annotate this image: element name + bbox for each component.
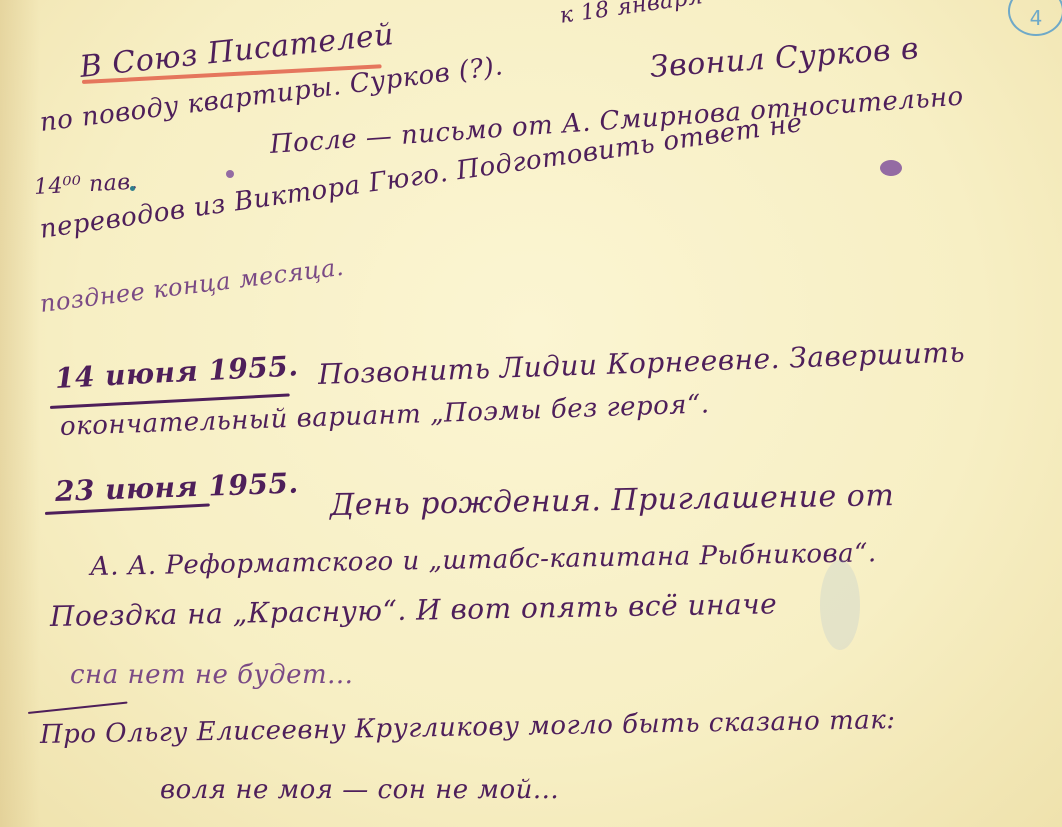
- note-quote-will-sleep: воля не моя — сон не мой...: [160, 775, 559, 805]
- ink-blot: [880, 160, 902, 176]
- ink-dot: [226, 170, 234, 178]
- paper-edge-shadow: [0, 0, 40, 827]
- note-date-january: к 18 января: [558, 0, 704, 29]
- note-birthday-invitation: День рождения. Приглашение от: [330, 478, 895, 523]
- note-olga-kruglikova: Про Ольгу Елисеевну Кругликову могло быт…: [40, 705, 896, 750]
- note-end-of-month: позднее конца месяца.: [38, 253, 345, 318]
- teal-ink-dot: [130, 186, 135, 191]
- note-call-lidia: Позвонить Лидии Корнеевне. Завершить: [317, 335, 965, 391]
- page-number-circle: 4: [1008, 0, 1062, 36]
- date-14-june-1955: 14 июня 1955.: [54, 349, 299, 395]
- date-23-june-1955: 23 июня 1955.: [54, 467, 299, 508]
- water-stain: [820, 560, 860, 650]
- note-reformatsky: А. А. Реформатского и „штабс-капитана Ры…: [90, 538, 877, 582]
- page-number: 4: [1030, 6, 1043, 30]
- notebook-page: 4 В Союз Писателей к 18 января Звонил Су…: [0, 0, 1062, 827]
- note-no-sleep: сна нет не будет...: [70, 660, 353, 690]
- note-poem-without-hero: окончательный вариант „Поэмы без героя“.: [59, 389, 710, 442]
- section-dash: [28, 702, 128, 714]
- note-surkov-called: Звонил Сурков в: [649, 31, 920, 85]
- note-time: 14⁰⁰ пав.: [33, 170, 138, 200]
- note-trip: Поездка на „Красную“. И вот опять всё ин…: [50, 587, 778, 633]
